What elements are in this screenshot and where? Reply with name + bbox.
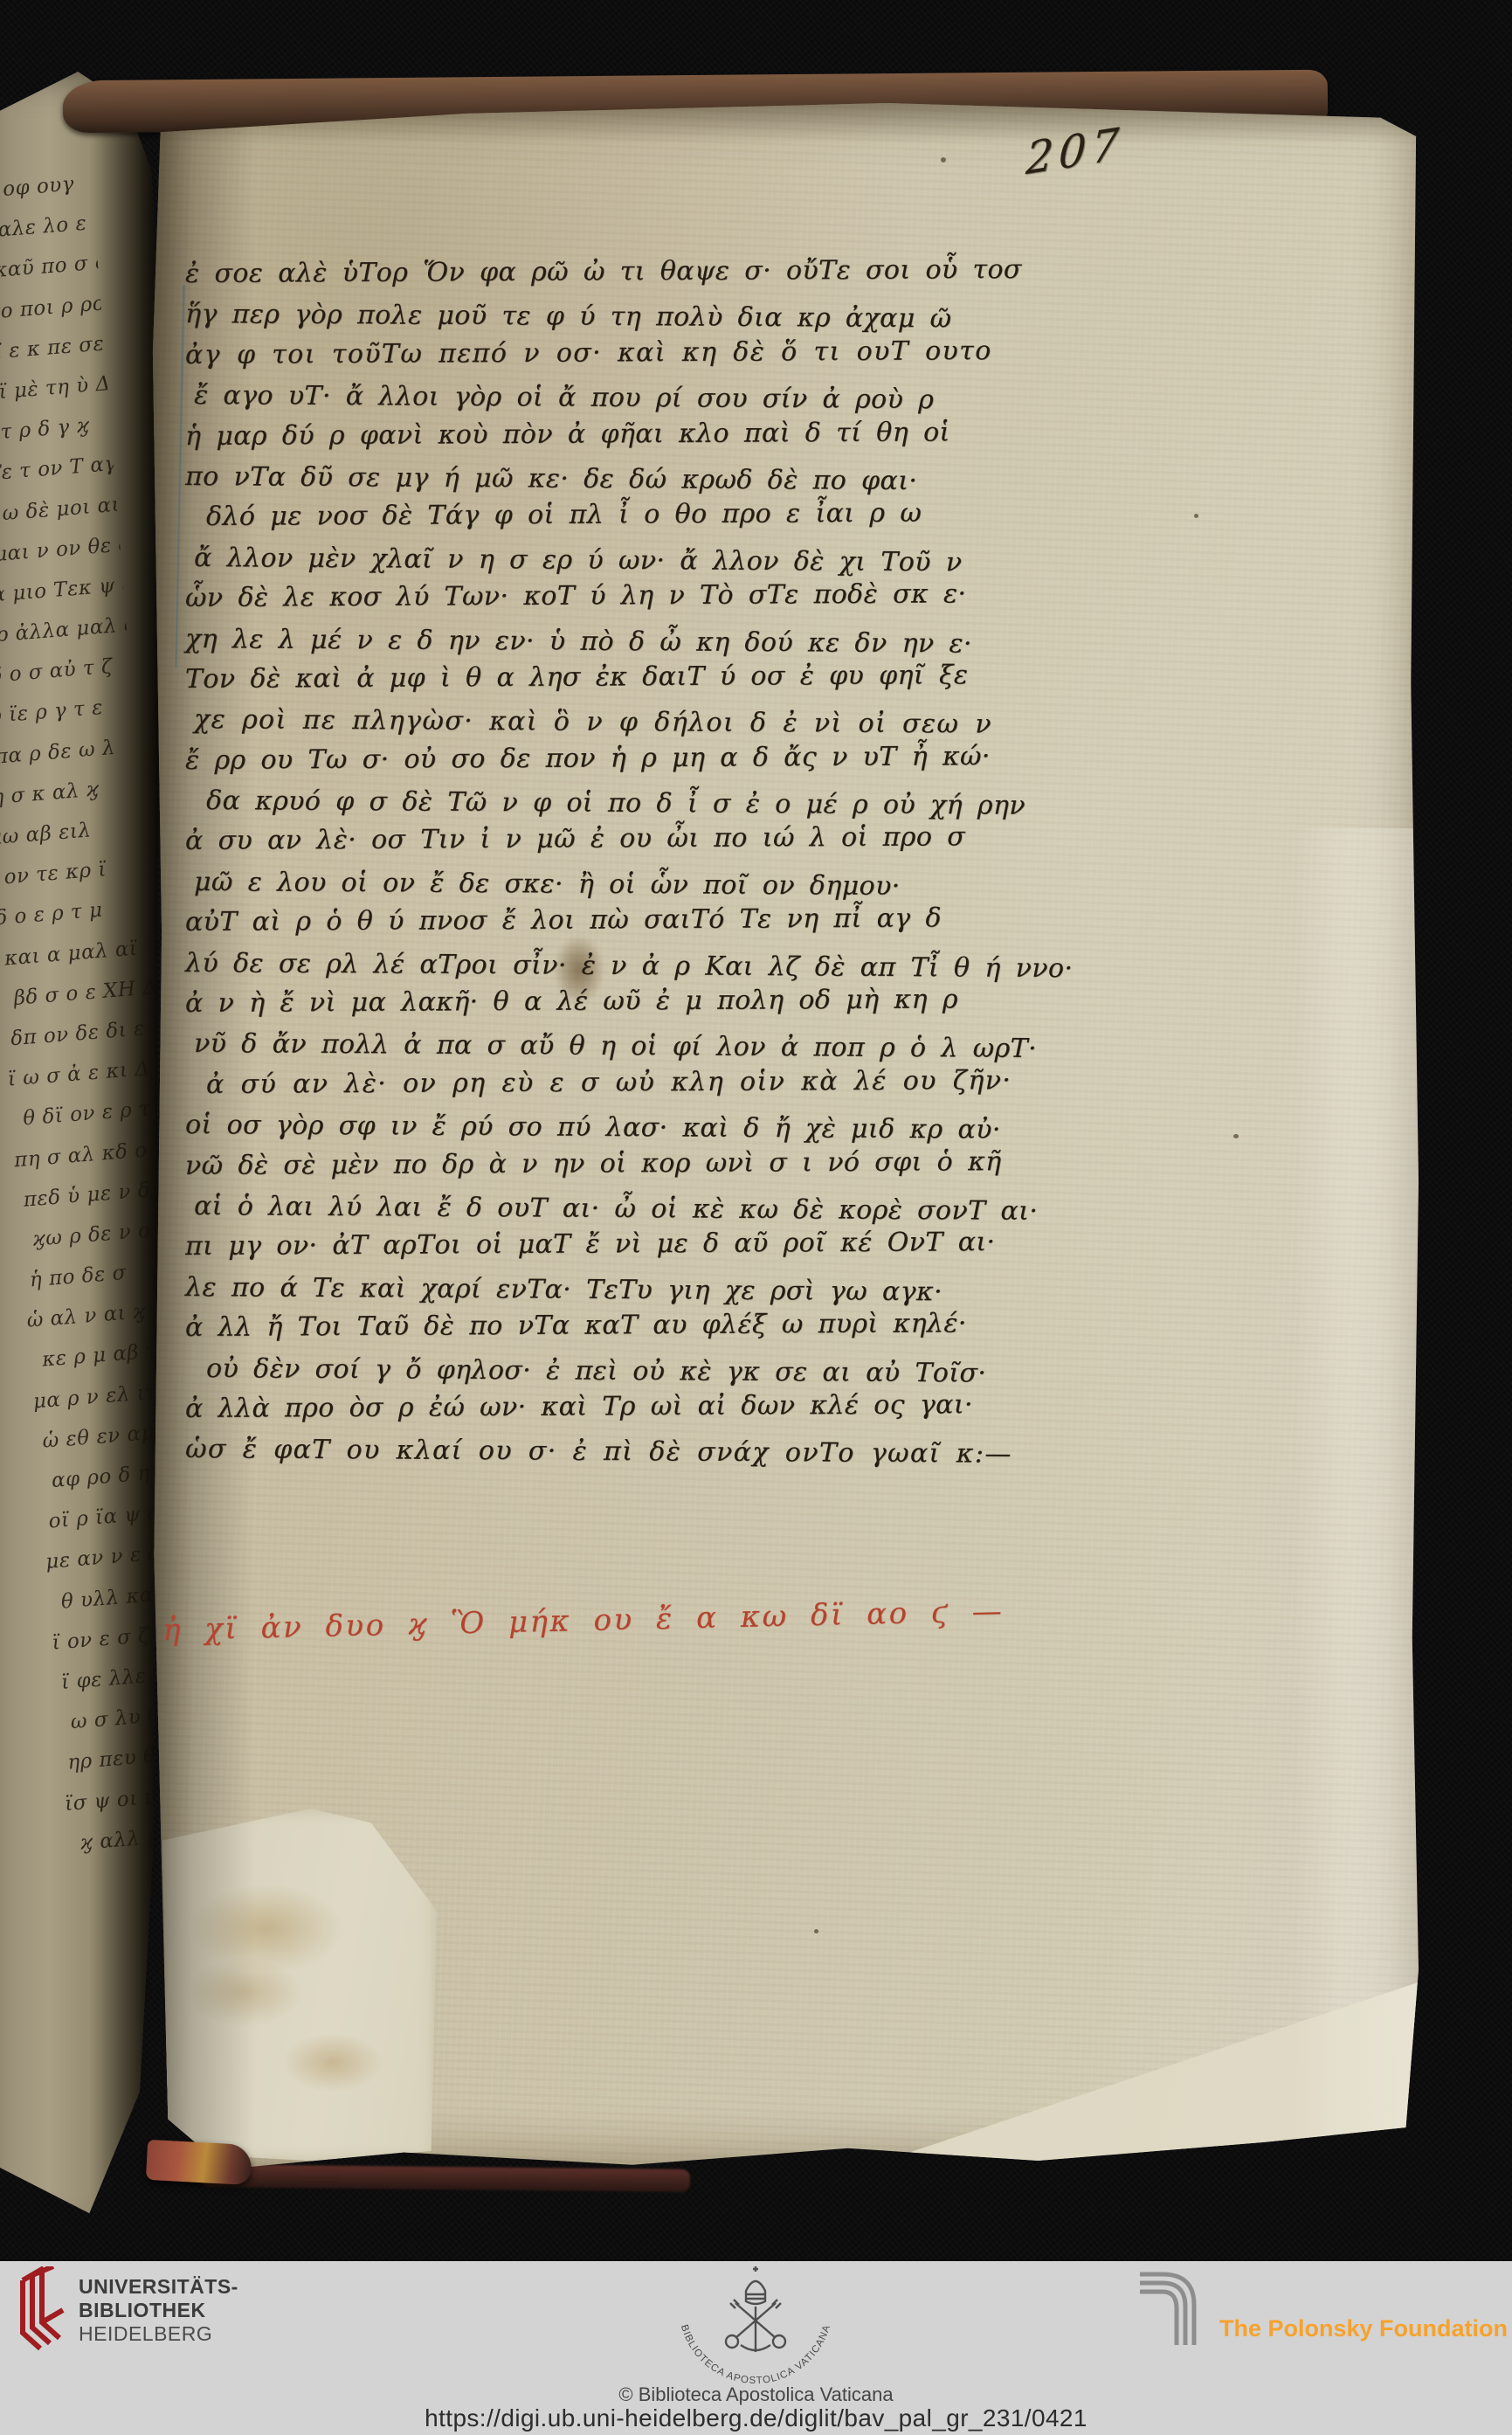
vatican-copyright: © Biblioteca Apostolica Vaticana <box>0 2383 1512 2406</box>
heidelberg-line1: UNIVERSITÄTS- <box>79 2275 238 2299</box>
parchment-repair-patch <box>162 1809 437 2162</box>
speck <box>814 1929 818 1933</box>
manuscript-text-line: αὐΤ αὶ ρ ὁ θ ύ πνοσ ἔ λοι πὼ σαιΤό Τε νη… <box>185 903 1059 948</box>
manuscript-text-line: ἔ ρρ ου Τω σ· οὐ σο δε πον ἡ ρ μη α δ ἄς… <box>185 740 1059 785</box>
manuscript-text-line: ἐ σοε αλὲ ὑΤορ Ὅν φα ρῶ ὠ τι θαψε σ· οὔΤ… <box>185 254 1059 300</box>
blue-hairline-mark <box>175 285 184 668</box>
manuscript-text-line: ὧν δὲ λε κοσ λύ Των· κοΤ ύ λη ν Τὸ σΤε π… <box>185 578 1059 624</box>
heidelberg-line2: BIBLIOTHEK <box>79 2299 238 2322</box>
rubric-red-line: ἠ χϊ ἀν δυο ϗ Ὃ μήκ ου ἔ α κω δϊ αο ϛ — <box>162 1592 1089 1648</box>
endband-sliver <box>146 2140 252 2185</box>
manuscript-text-line: ἀ συ αν λὲ· οσ Τιν ἰ ν μῶ ἐ ου ὦι πο ιώ … <box>185 821 1059 867</box>
scan-stage: ρ ϊε ν οφ ουγκε ρ αλε λο ε τρ ωαω καῦ πο… <box>0 0 1512 2435</box>
manuscript-text-line: ἡ μαρ δύ ρ φανὶ κοὺ πὸν ἀ φῆαι κλο παὶ δ… <box>185 416 1059 461</box>
manuscript-text-line: ἀγ φ τοι τοῦΤω πεπό ν οσ· καὶ κη δὲ ὅ τι… <box>185 336 1059 381</box>
speck <box>1194 514 1198 518</box>
heidelberg-library-logo-icon <box>14 2266 75 2357</box>
polonsky-foundation-logo-icon <box>1138 2270 1208 2347</box>
manuscript-text-line: πι μγ ον· ἀΤ αρΤοι οἱ μαΤ ἔ νὶ με δ αῦ ρ… <box>185 1227 1059 1272</box>
manuscript-text-line: ἀ ν ὴ ἔ νὶ μα λακῆ· θ α λέ ωῦ ἐ μ πολη ο… <box>185 984 1059 1029</box>
speck <box>1233 1134 1239 1138</box>
manuscript-text-line: νῶ δὲ σὲ μὲν πο δρ ὰ ν ην οἱ κορ ωνὶ σ ι… <box>185 1145 1059 1191</box>
source-url: https://digi.ub.uni-heidelberg.de/diglit… <box>0 2404 1512 2432</box>
bottom-edge-shadow <box>201 2164 690 2192</box>
manuscript-leaf: 207 ἐ σοε αλὲ ὑΤορ Ὅν φα ρῶ ὠ τι θαψε σ·… <box>150 103 1419 2177</box>
manuscript-text-block: ἐ σοε αλὲ ὑΤορ Ὅν φα ρῶ ὠ τι θαψε σ· οὔΤ… <box>185 259 1059 1475</box>
heidelberg-line3: HEIDELBERG <box>79 2322 238 2346</box>
manuscript-text-line: ἀ σύ αν λὲ· ον ρη εὺ ε σ ωὐ κλη οἱν κὰ λ… <box>206 1065 1059 1110</box>
manuscript-text-line: ἀ λλ ἤ Τοι Ταῦ δὲ πο νΤα καΤ αυ φλέξ ω π… <box>185 1308 1059 1353</box>
footer-bar: UNIVERSITÄTS- BIBLIOTHEK HEIDELBERG BIBL… <box>0 2261 1512 2435</box>
speck <box>941 157 946 163</box>
manuscript-text-line: ἀ λλὰ προ ὸσ ρ ἐώ ων· καὶ Τρ ωὶ αἰ δων κ… <box>185 1389 1059 1435</box>
facing-page-strip: ρ ϊε ν οφ ουγκε ρ αλε λο ε τρ ωαω καῦ πο… <box>0 72 162 2244</box>
manuscript-text-line: δλό με νοσ δὲ Τάγ φ οἱ πλ ἶ ο θο προ ε ἶ… <box>206 497 1059 543</box>
polonsky-foundation-label: The Polonsky Foundation <box>1219 2315 1508 2342</box>
manuscript-text-line: ὡσ ἔ φαΤ ου κλαί ου σ· ἐ πὶ δὲ σνάχ ονΤο… <box>185 1434 1059 1479</box>
manuscript-text-line: Τον δὲ καὶ ἀ μφ ὶ θ α λησ ἐκ δαιΤ ύ οσ ἐ… <box>185 660 1059 705</box>
vatican-library-emblem-icon: BIBLIOTECA APOSTOLICA VATICANA <box>673 2265 839 2383</box>
heidelberg-library-name: UNIVERSITÄTS- BIBLIOTHEK HEIDELBERG <box>79 2275 238 2346</box>
folio-number: 207 <box>1025 118 1125 185</box>
fore-edge-highlight <box>1295 828 1419 2178</box>
